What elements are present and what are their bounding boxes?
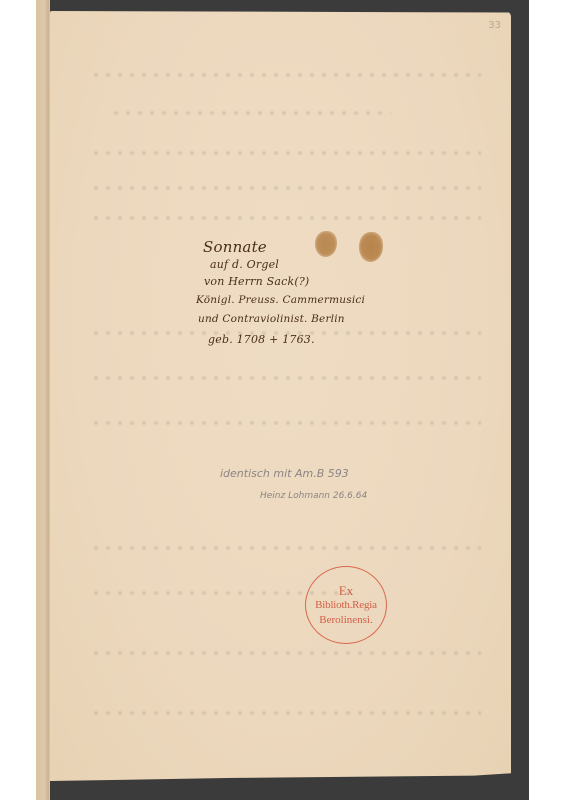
title-line: geb. 1708 + 1763.: [208, 333, 315, 346]
stamp-line: Biblioth.Regia: [315, 598, 377, 613]
bleed-through-notation: [90, 216, 481, 220]
bleed-through-notation: [90, 711, 481, 715]
binding-edge: [36, 0, 50, 800]
bleed-through-notation: [110, 111, 391, 115]
bleed-through-notation: [90, 546, 481, 550]
library-stamp: Ex Biblioth.Regia Berolinensi.: [305, 566, 387, 644]
bleed-through-notation: [90, 73, 481, 77]
pencil-note: identisch mit Am.B 593: [220, 467, 349, 480]
title-line: Sonnate: [203, 238, 267, 256]
bleed-through-notation: [90, 186, 481, 190]
title-line: von Herrn Sack(?): [204, 275, 309, 288]
manuscript-scan: 33 Sonnate auf d. Orgel von Herrn Sack(?…: [36, 0, 529, 800]
stain: [359, 232, 383, 262]
stamp-line: Berolinensi.: [319, 613, 372, 628]
title-line: Königl. Preuss. Cammermusici: [196, 294, 365, 306]
bleed-through-notation: [90, 376, 481, 380]
folio-number: 33: [488, 20, 501, 31]
stain: [315, 231, 337, 257]
stamp-line: Ex: [339, 583, 353, 598]
title-line: und Contraviolinist. Berlin: [198, 313, 345, 325]
bleed-through-notation: [90, 421, 481, 425]
pencil-signature: Heinz Lohmann 26.6.64: [260, 491, 367, 501]
manuscript-page: 33 Sonnate auf d. Orgel von Herrn Sack(?…: [50, 11, 511, 781]
bleed-through-notation: [90, 151, 481, 155]
title-line: auf d. Orgel: [210, 258, 279, 271]
bleed-through-notation: [90, 651, 481, 655]
